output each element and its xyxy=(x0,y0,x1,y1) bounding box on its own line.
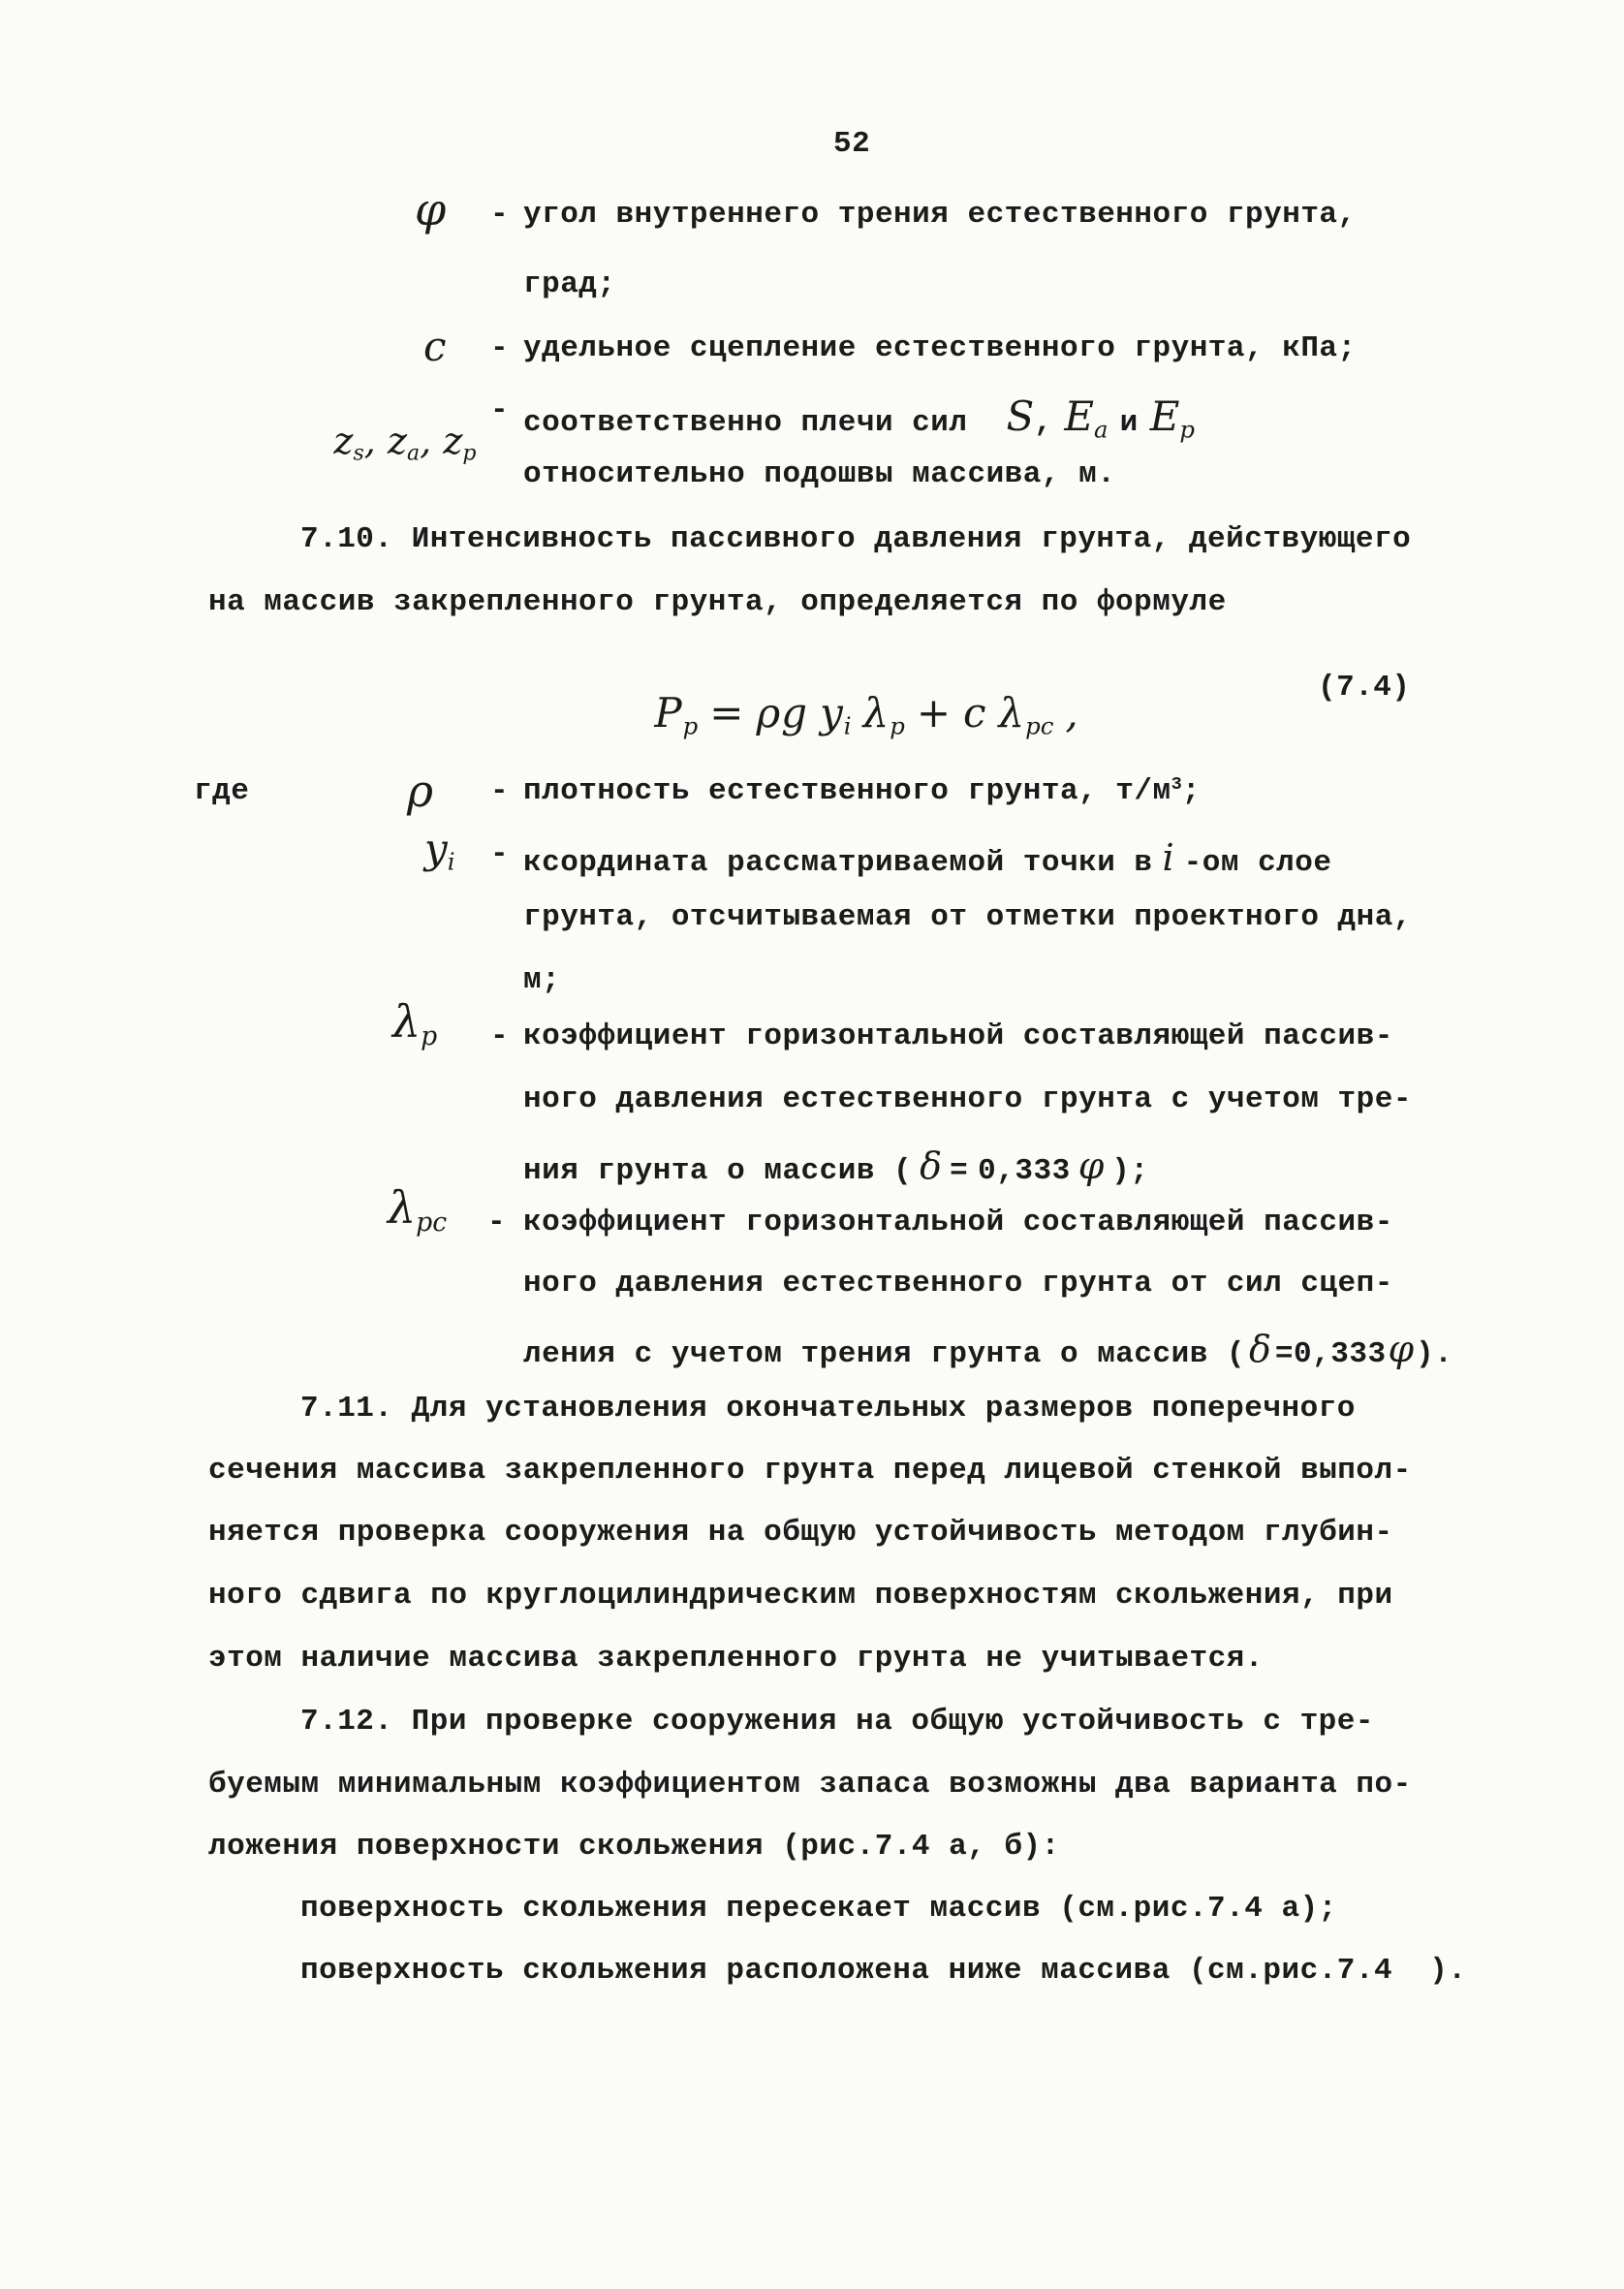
variant-line-1: поверхность скольжения пересекает массив… xyxy=(300,1892,1337,1927)
def-dash: - xyxy=(487,1206,506,1240)
formula-7-4: Pp=ρgyiλp+cλpc, xyxy=(599,643,1079,787)
para-7-10-line-2: на массив закрепленного грунта, определя… xyxy=(208,585,1227,620)
yi-definition-line-3: м; xyxy=(523,963,560,998)
page-number: 52 xyxy=(833,127,870,162)
phi-definition-line-2: град; xyxy=(523,267,616,302)
lambda-p-term: λp xyxy=(863,689,905,737)
def-dash: - xyxy=(490,774,509,809)
i-index-symbol: i xyxy=(1163,836,1174,879)
def-dash: - xyxy=(490,198,509,233)
z-s-symbol: zs, za, zp xyxy=(333,420,476,462)
lambda-p-definition-line-1: коэффициент горизонтальной составляющей … xyxy=(523,1019,1393,1054)
def-dash: - xyxy=(490,1019,509,1054)
para-7-12-line-1: 7.12. При проверке сооружения на общую у… xyxy=(300,1705,1374,1740)
c-symbol: c xyxy=(423,323,447,370)
para-7-11-line-5: этом наличие массива закрепленного грунт… xyxy=(208,1642,1264,1677)
variant-line-2: поверхность скольжения расположена ниже … xyxy=(300,1954,1467,1989)
force-Ep-symbol: Ep xyxy=(1150,392,1195,440)
c-definition-line-1: удельное сцепление естественного грунта,… xyxy=(523,331,1357,366)
lambda-pc-definition-symbol: λpc xyxy=(388,1182,447,1239)
yi-definition-symbol: yi xyxy=(424,826,455,875)
rho-g-y-term: ρgyi xyxy=(756,689,851,737)
formula-number: (7.4) xyxy=(1318,671,1411,706)
lambda-p-definition-line-2: ного давления естественного грунта с уче… xyxy=(523,1082,1412,1117)
para-7-12-line-2: буемым минимальным коэффициентом запаса … xyxy=(208,1768,1412,1803)
z-definition-symbols: zs, za, zp xyxy=(260,386,476,500)
lambda-p-symbol: λp xyxy=(392,995,437,1048)
para-7-11-line-4: ного сдвига по круглоцилиндрическим пове… xyxy=(208,1579,1393,1614)
lambda-p-definition-symbol: λp xyxy=(392,996,437,1052)
delta-symbol: δ xyxy=(920,1144,942,1187)
c-lambda-pc-term: cλpc xyxy=(963,689,1053,737)
yi-definition-line-1: ксордината рассматриваемой точки вi-ом с… xyxy=(523,837,1332,881)
lambda-pc-symbol: λpc xyxy=(388,1181,447,1234)
lambda-p-definition-line-3: ния грунта о массив (δ=0,333φ); xyxy=(523,1145,1149,1189)
P-p-term: Pp xyxy=(654,689,698,737)
lambda-pc-definition-line-3: ления с учетом трения грунта о массив (δ… xyxy=(523,1329,1452,1372)
force-Ea-symbol: Ea xyxy=(1064,392,1108,440)
para-7-11-line-3: няется проверка сооружения на общую усто… xyxy=(208,1516,1393,1551)
lambda-pc-definition-line-1: коэффициент горизонтальной составляющей … xyxy=(523,1206,1393,1240)
rho-definition-line-1: плотность естественного грунта, т/м3; xyxy=(523,774,1201,809)
para-7-12-line-3: ложения поверхности скольжения (рис.7.4 … xyxy=(208,1830,1060,1865)
phi-symbol: φ xyxy=(1389,1328,1415,1370)
phi-symbol: φ xyxy=(1078,1144,1105,1187)
force-S-symbol: S xyxy=(1006,392,1034,440)
phi-definition-line-1: угол внутреннего трения естественного гр… xyxy=(523,198,1357,233)
para-7-10-line-1: 7.10. Интенсивность пассивного давления … xyxy=(300,522,1411,557)
delta-symbol: δ xyxy=(1249,1328,1271,1370)
phi-definition-symbol: φ xyxy=(415,184,446,235)
para-7-11-line-1: 7.11. Для установления окончательных раз… xyxy=(300,1392,1356,1427)
def-dash: - xyxy=(490,393,509,428)
yi-definition-line-2: грунта, отсчитываемая от отметки проектн… xyxy=(523,900,1412,935)
lambda-pc-definition-line-2: ного давления естественного грунта от си… xyxy=(523,1267,1393,1301)
document-page: 52 φ - угол внутреннего трения естествен… xyxy=(0,0,1624,2289)
para-7-11-line-2: сечения массива закрепленного грунта пер… xyxy=(208,1454,1412,1489)
y-i-symbol: yi xyxy=(424,825,455,872)
where-label: где xyxy=(194,774,249,809)
z-definition-line-2: относительно подошвы массива, м. xyxy=(523,457,1115,492)
def-dash: - xyxy=(490,331,509,366)
rho-definition-symbol: ρ xyxy=(407,766,433,817)
z-definition-line-1: соответственно плечи силS,EaиEp xyxy=(523,393,1195,443)
rho-symbol: ρ xyxy=(407,765,433,817)
def-dash: - xyxy=(490,837,509,872)
c-definition-symbol: c xyxy=(423,324,447,371)
phi-symbol: φ xyxy=(415,183,446,235)
